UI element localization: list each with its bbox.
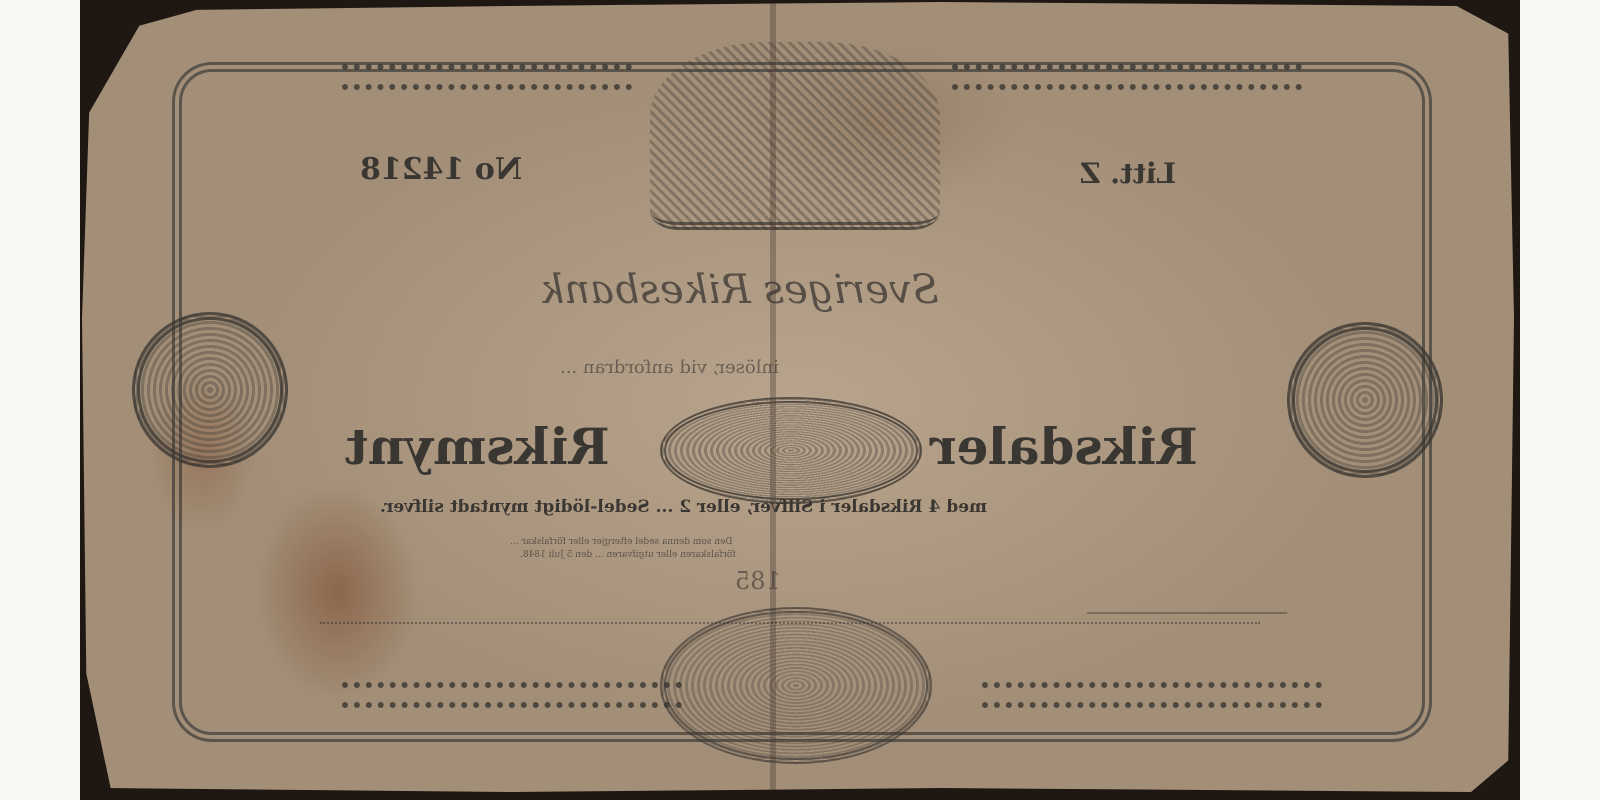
fine-print-1: Den som denna sedel eftergjer eller förf… xyxy=(510,537,733,547)
issue-year: 185 xyxy=(735,567,781,595)
redeem-line: inlöser, vid anfordran ... xyxy=(560,357,779,378)
chain-ornament-bottom-right xyxy=(982,682,1322,708)
medallion-left xyxy=(132,312,288,468)
chain-ornament-top-left xyxy=(342,64,632,90)
denomination-word-riksmynt: Riksmynt xyxy=(345,417,610,476)
signature xyxy=(1087,542,1313,614)
chain-ornament-top-right xyxy=(952,64,1302,90)
medallion-right xyxy=(1287,322,1443,478)
fine-print-2: förfalskaren eller utgifvaren ... den 5 … xyxy=(520,550,736,560)
banknote: No 14218 Litt. Z Sveriges Rikesbank inlö… xyxy=(82,2,1514,792)
denomination-oval xyxy=(660,397,922,504)
coat-of-arms-icon xyxy=(650,42,940,230)
silver-clause: med 4 Riksdaler i Silfver, eller 2 ... S… xyxy=(380,497,987,517)
bank-name: Sveriges Rikesbank xyxy=(540,267,939,313)
chain-ornament-bottom-left xyxy=(342,682,682,708)
serial-number: No 14218 xyxy=(360,152,522,187)
denomination-word-riksdaler: Riksdaler xyxy=(930,417,1198,476)
bottom-medallion xyxy=(660,607,932,764)
letter-series: Litt. Z xyxy=(1080,157,1176,190)
